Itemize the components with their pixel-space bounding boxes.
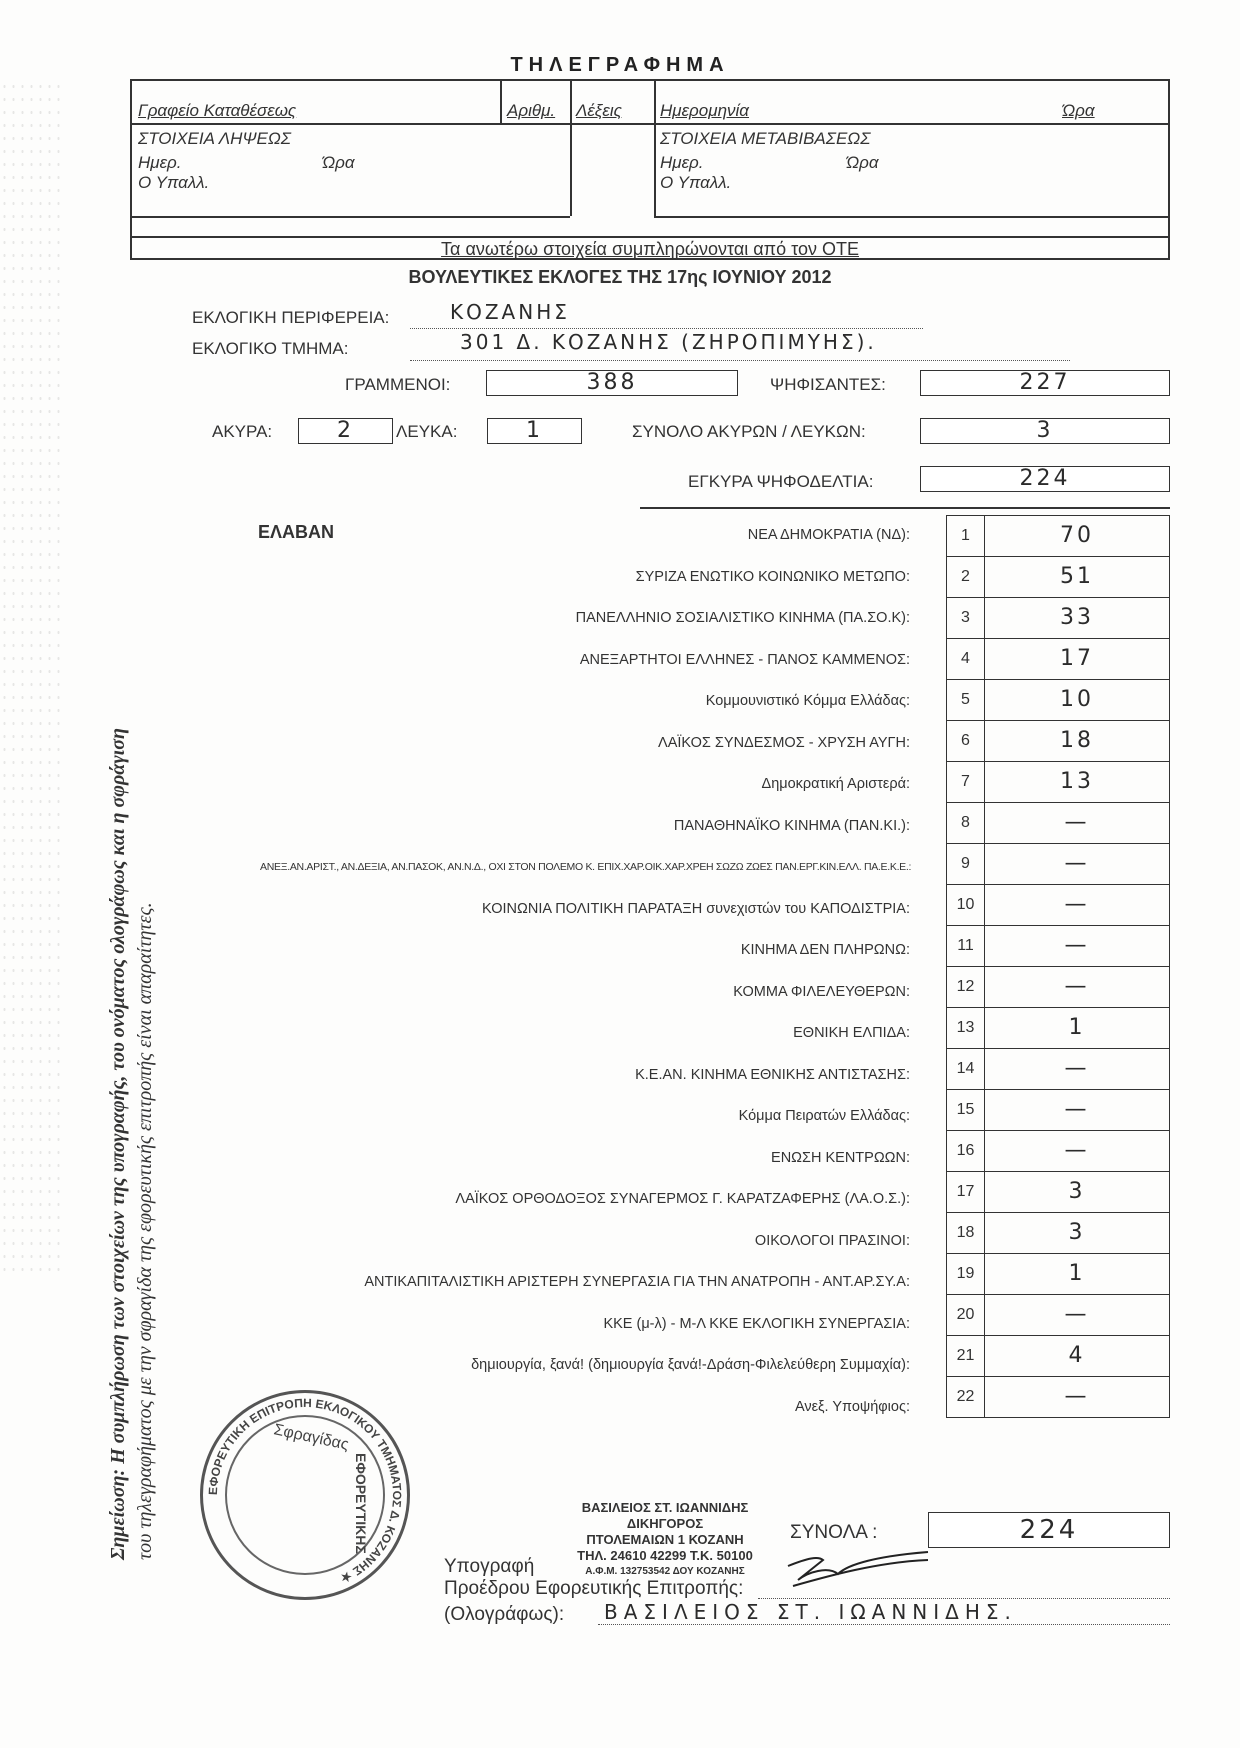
party-votes[interactable]: 3	[985, 1172, 1169, 1212]
seal-ring-text: ΕΦΟΡΕΥΤΙΚΗ ΕΠΙΤΡΟΠΗ ΕΚΛΟΓΙΚΟΥ ΤΜΗΜΑΤΟΣ Δ…	[200, 1390, 410, 1600]
lawyer-title: ΔΙΚΗΓΟΡΟΣ	[520, 1516, 810, 1532]
form-title: ΤΗΛΕΓΡΑΦΗΜΑ	[0, 54, 1240, 77]
receipt-clerk-label: Ο Υπαλλ.	[138, 173, 209, 193]
region-value: ΚΟΖΑΝΗΣ	[450, 300, 570, 324]
section-label: ΕΚΛΟΓΙΚΟ ΤΜΗΜΑ:	[192, 339, 349, 359]
party-name: ΚΚΕ (μ-λ) - Μ-Λ ΚΚΕ ΕΚΛΟΓΙΚΗ ΣΥΝΕΡΓΑΣΙΑ:	[260, 1304, 910, 1346]
party-votes[interactable]: 3	[985, 1213, 1169, 1253]
party-number: 6	[947, 721, 985, 761]
party-votes[interactable]: 33	[985, 598, 1169, 638]
party-name: ΛΑΪΚΟΣ ΟΡΘΟΔΟΞΟΣ ΣΥΝΑΓΕΡΜΟΣ Γ. ΚΑΡΑΤΖΑΦΕ…	[260, 1179, 910, 1221]
party-votes[interactable]: 1	[985, 1008, 1169, 1048]
lawyer-name: ΒΑΣΙΛΕΙΟΣ ΣΤ. ΙΩΑΝΝΙΔΗΣ	[520, 1500, 810, 1516]
blank-field[interactable]: 1	[487, 418, 582, 444]
invalid-label: ΑΚΥΡΑ:	[212, 422, 272, 442]
invalid-field[interactable]: 2	[298, 418, 393, 444]
party-votes[interactable]: —	[985, 1090, 1169, 1130]
invalid-blank-total-value: 3	[1037, 418, 1054, 443]
totals-value: 224	[1020, 1515, 1079, 1545]
party-votes[interactable]: 10	[985, 680, 1169, 720]
valid-value: 224	[1020, 466, 1071, 491]
invalid-blank-total-label: ΣΥΝΟΛΟ ΑΚΥΡΩΝ / ΛΕΥΚΩΝ:	[632, 422, 866, 442]
party-votes[interactable]: 1	[985, 1254, 1169, 1294]
table-row: 417	[947, 639, 1169, 680]
ote-box: Γραφείο Καταθέσεως Αριθμ. Λέξεις Ημερομη…	[130, 79, 1170, 260]
party-votes[interactable]: 4	[985, 1336, 1169, 1376]
totals-field[interactable]: 224	[928, 1512, 1170, 1548]
invalid-blank-total-field[interactable]: 3	[920, 418, 1170, 444]
party-votes[interactable]: —	[985, 926, 1169, 966]
signature-field[interactable]	[758, 1578, 1170, 1599]
words-label: Λέξεις	[576, 101, 622, 121]
party-name: ΚΟΙΝΩΝΙΑ ΠΟΛΙΤΙΚΗ ΠΑΡΑΤΑΞΗ συνεχιστών το…	[260, 889, 910, 931]
party-name: Κόμμα Πειρατών Ελλάδας:	[260, 1096, 910, 1138]
totals-label: ΣΥΝΟΛΑ :	[790, 1522, 877, 1544]
transfer-title: ΣΤΟΙΧΕΙΑ ΜΕΤΑΒΙΒΑΣΕΩΣ	[660, 129, 870, 149]
table-row: 14—	[947, 1049, 1169, 1090]
valid-label: ΕΓΚΥΡΑ ΨΗΦΟΔΕΛΤΙΑ:	[688, 472, 873, 492]
party-number: 1	[947, 516, 985, 556]
party-name: ΚΟΜΜΑ ΦΙΛΕΛΕΥΘΕΡΩΝ:	[260, 972, 910, 1014]
party-name: Κομμουνιστικό Κόμμα Ελλάδας:	[260, 681, 910, 723]
receipt-date-label: Ημερ.	[138, 153, 182, 173]
section-field[interactable]: 301 Δ. ΚΟΖΑΝΗΣ (ΖΗΡΟΠΙΜΥΗΣ).	[410, 330, 1070, 361]
party-number: 5	[947, 680, 985, 720]
svg-text:ΕΦΟΡΕΥΤΙΚΗ ΕΠΙΤΡΟΠΗ ΕΚΛΟΓΙΚΟΥ: ΕΦΟΡΕΥΤΙΚΗ ΕΠΙΤΡΟΠΗ ΕΚΛΟΓΙΚΟΥ ΤΜΗΜΑΤΟΣ Δ…	[206, 1396, 404, 1586]
results-table: 1702513334175106187138—9—10—11—12—13114—…	[946, 515, 1170, 1418]
party-votes[interactable]: 51	[985, 557, 1169, 597]
party-name: ΠΑΝΕΛΛΗΝΙΟ ΣΟΣΙΑΛΙΣΤΙΚΟ ΚΙΝΗΜΑ (ΠΑ.ΣΟ.Κ)…	[260, 598, 910, 640]
registered-label: ΓΡΑΜΜΕΝΟΙ:	[345, 375, 450, 395]
office-label: Γραφείο Καταθέσεως	[138, 101, 296, 121]
signature-scribble	[768, 1546, 938, 1596]
receipt-title: ΣΤΟΙΧΕΙΑ ΛΗΨΕΩΣ	[138, 129, 291, 149]
table-row: 10—	[947, 885, 1169, 926]
blank-label: ΛΕΥΚΑ:	[396, 422, 457, 442]
ote-footer: Τα ανωτέρω στοιχεία συμπληρώνονται από τ…	[132, 239, 1168, 260]
table-row: 11—	[947, 926, 1169, 967]
transfer-clerk-label: Ο Υπαλλ.	[660, 173, 731, 193]
party-name: ΠΑΝΑΘΗΝΑΪΚΟ ΚΙΝΗΜΑ (ΠΑΝ.ΚΙ.):	[260, 806, 910, 848]
party-number: 15	[947, 1090, 985, 1130]
number-label: Αριθμ.	[507, 101, 555, 121]
party-number: 11	[947, 926, 985, 966]
party-number: 3	[947, 598, 985, 638]
table-row: 214	[947, 1336, 1169, 1377]
party-name: ΕΘΝΙΚΗ ΕΛΠΙΔΑ:	[260, 1013, 910, 1055]
table-row: 510	[947, 680, 1169, 721]
party-name: ΚΙΝΗΜΑ ΔΕΝ ΠΛΗΡΩΝΩ:	[260, 930, 910, 972]
party-number: 8	[947, 803, 985, 843]
party-votes[interactable]: —	[985, 1377, 1169, 1417]
lawyer-stamp: ΒΑΣΙΛΕΙΟΣ ΣΤ. ΙΩΑΝΝΙΔΗΣ ΔΙΚΗΓΟΡΟΣ ΠΤΟΛΕΜ…	[520, 1500, 810, 1580]
party-name: ΑΝΤΙΚΑΠΙΤΑΛΙΣΤΙΚΗ ΑΡΙΣΤΕΡΗ ΣΥΝΕΡΓΑΣΙΑ ΓΙ…	[260, 1262, 910, 1304]
party-number: 14	[947, 1049, 985, 1089]
separator-line	[640, 507, 1170, 509]
party-number: 4	[947, 639, 985, 679]
table-row: 22—	[947, 1377, 1169, 1418]
party-number: 16	[947, 1131, 985, 1171]
party-name: Δημοκρατική Αριστερά:	[260, 764, 910, 806]
table-row: 191	[947, 1254, 1169, 1295]
party-number: 12	[947, 967, 985, 1007]
seal-inner-word: ΕΦΟΡΕΥΤΙΚΗΣ	[353, 1453, 369, 1554]
region-label: ΕΚΛΟΓΙΚΗ ΠΕΡΙΦΕΡΕΙΑ:	[192, 308, 389, 328]
table-row: 183	[947, 1213, 1169, 1254]
region-field[interactable]: ΚΟΖΑΝΗΣ	[410, 300, 923, 329]
table-row: 251	[947, 557, 1169, 598]
party-votes[interactable]: —	[985, 1049, 1169, 1089]
party-name: ΝΕΑ ΔΗΜΟΚΡΑΤΙΑ (ΝΔ):	[260, 515, 910, 557]
party-votes[interactable]: 13	[985, 762, 1169, 802]
party-votes[interactable]: —	[985, 1295, 1169, 1335]
receipt-time-label: Ώρα	[322, 153, 355, 173]
party-name: ΑΝΕΞ.ΑΝ.ΑΡΙΣΤ., ΑΝ.ΔΕΞΙΑ, ΑΝ.ΠΑΣΟΚ, ΑΝ.Ν…	[260, 847, 910, 889]
side-note: Σημείωση: Η συμπλήρωση των στοιχείων της…	[105, 490, 159, 1560]
registered-field[interactable]: 388	[486, 370, 738, 396]
signature-label-2: Προέδρου Εφορευτικής Επιτροπής:	[444, 1578, 743, 1600]
table-row: 12—	[947, 967, 1169, 1008]
table-row: 170	[947, 516, 1169, 557]
registered-value: 388	[587, 370, 638, 395]
table-row: 713	[947, 762, 1169, 803]
fullname-field[interactable]: ΒΑΣΙΛΕΙΟΣ ΣΤ. ΙΩΑΝΝΙΔΗΣ.	[598, 1600, 1170, 1625]
side-note-line-2: του τηλεγραφήματος με την σφραγίδα της ε…	[132, 490, 159, 1560]
table-row: 8—	[947, 803, 1169, 844]
table-row: 333	[947, 598, 1169, 639]
table-row: 618	[947, 721, 1169, 762]
transfer-date-label: Ημερ.	[660, 153, 704, 173]
side-note-line-1: Σημείωση: Η συμπλήρωση των στοιχείων της…	[105, 490, 132, 1560]
section-value: 301 Δ. ΚΟΖΑΝΗΣ (ΖΗΡΟΠΙΜΥΗΣ).	[460, 330, 877, 354]
valid-field[interactable]: 224	[920, 466, 1170, 492]
date-label: Ημερομηνία	[660, 101, 749, 121]
party-number: 13	[947, 1008, 985, 1048]
party-number: 21	[947, 1336, 985, 1376]
lawyer-address: ΠΤΟΛΕΜΑΙΩΝ 1 ΚΟΖΑΝΗ	[520, 1532, 810, 1548]
party-name: δημιουργία, ξανά! (δημιουργία ξανά!-Δράσ…	[260, 1345, 910, 1387]
party-name: Κ.Ε.ΑΝ. ΚΙΝΗΜΑ ΕΘΝΙΚΗΣ ΑΝΤΙΣΤΑΣΗΣ:	[260, 1055, 910, 1097]
party-name: ΟΙΚΟΛΟΓΟΙ ΠΡΑΣΙΝΟΙ:	[260, 1221, 910, 1263]
lawyer-phone: ΤΗΛ. 24610 42299 Τ.Κ. 50100	[520, 1548, 810, 1564]
party-votes[interactable]: 17	[985, 639, 1169, 679]
party-number: 7	[947, 762, 985, 802]
table-row: 15—	[947, 1090, 1169, 1131]
voters-field[interactable]: 227	[920, 370, 1170, 396]
table-row: 131	[947, 1008, 1169, 1049]
party-number: 20	[947, 1295, 985, 1335]
party-name: ΣΥΡΙΖΑ ΕΝΩΤΙΚΟ ΚΟΙΝΩΝΙΚΟ ΜΕΤΩΠΟ:	[260, 557, 910, 599]
time-label: Ώρα	[1062, 101, 1095, 121]
party-number: 19	[947, 1254, 985, 1294]
party-name: ΑΝΕΞΑΡΤΗΤΟΙ ΕΛΛΗΝΕΣ - ΠΑΝΟΣ ΚΑΜΜΕΝΟΣ:	[260, 640, 910, 682]
party-votes[interactable]: —	[985, 885, 1169, 925]
party-number: 9	[947, 844, 985, 884]
scan-noise	[0, 80, 60, 1280]
transfer-time-label: Ώρα	[846, 153, 879, 173]
table-row: 20—	[947, 1295, 1169, 1336]
party-votes[interactable]: 70	[985, 516, 1169, 556]
invalid-value: 2	[337, 418, 354, 443]
party-number: 22	[947, 1377, 985, 1417]
party-number: 17	[947, 1172, 985, 1212]
signature-label-1: Υπογραφή	[444, 1556, 534, 1578]
voters-label: ΨΗΦΙΣΑΝΤΕΣ:	[770, 375, 886, 395]
party-votes[interactable]: —	[985, 967, 1169, 1007]
party-votes[interactable]: —	[985, 844, 1169, 884]
party-name: ΕΝΩΣΗ ΚΕΝΤΡΩΩΝ:	[260, 1138, 910, 1180]
party-number: 2	[947, 557, 985, 597]
election-title: ΒΟΥΛΕΥΤΙΚΕΣ ΕΚΛΟΓΕΣ ΤΗΣ 17ης ΙΟΥΝΙΟΥ 201…	[0, 267, 1240, 288]
party-number: 10	[947, 885, 985, 925]
party-name: ΛΑΪΚΟΣ ΣΥΝΔΕΣΜΟΣ - ΧΡΥΣΗ ΑΥΓΗ:	[260, 723, 910, 765]
party-votes[interactable]: —	[985, 1131, 1169, 1171]
fullname-value: ΒΑΣΙΛΕΙΟΣ ΣΤ. ΙΩΑΝΝΙΔΗΣ.	[604, 1600, 1017, 1624]
table-row: 16—	[947, 1131, 1169, 1172]
party-number: 18	[947, 1213, 985, 1253]
party-votes[interactable]: 18	[985, 721, 1169, 761]
table-row: 9—	[947, 844, 1169, 885]
committee-seal: ΕΦΟΡΕΥΤΙΚΗ ΕΠΙΤΡΟΠΗ ΕΚΛΟΓΙΚΟΥ ΤΜΗΜΑΤΟΣ Δ…	[200, 1390, 410, 1600]
fullname-label: (Ολογράφως):	[444, 1604, 564, 1626]
table-row: 173	[947, 1172, 1169, 1213]
blank-value: 1	[526, 418, 543, 443]
party-names-column: ΝΕΑ ΔΗΜΟΚΡΑΤΙΑ (ΝΔ):ΣΥΡΙΖΑ ΕΝΩΤΙΚΟ ΚΟΙΝΩ…	[260, 515, 910, 1428]
voters-value: 227	[1020, 370, 1071, 395]
party-votes[interactable]: —	[985, 803, 1169, 843]
